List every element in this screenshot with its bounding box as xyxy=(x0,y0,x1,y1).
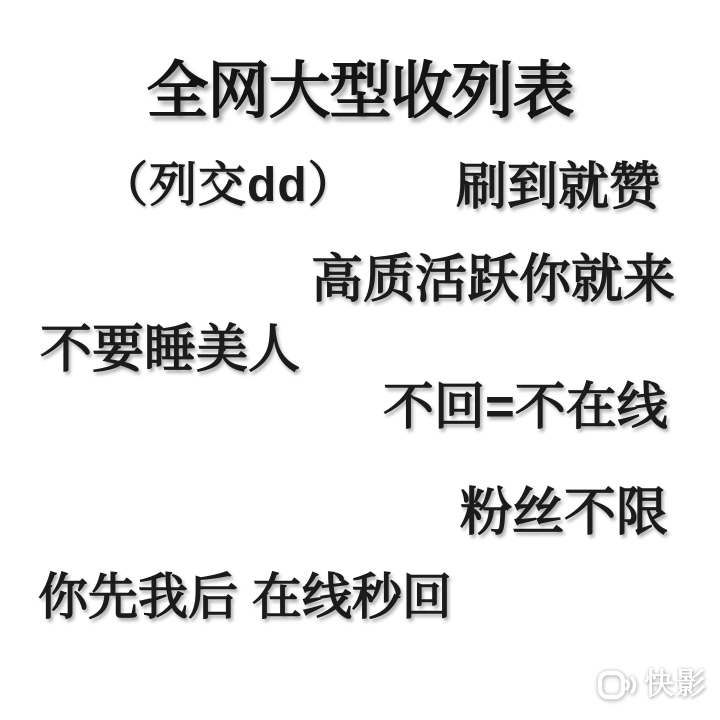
line-active: 高质活跃你就来 xyxy=(311,254,675,306)
video-camera-icon xyxy=(597,670,637,700)
line-contact: （列交dd） xyxy=(100,162,357,210)
line-reply: 你先我后 在线秒回 xyxy=(38,572,452,622)
watermark: 快影 xyxy=(597,670,708,700)
watermark-app-name: 快影 xyxy=(644,670,708,700)
poster: 全网大型收列表 （列交dd） 刷到就赞 高质活跃你就来 不要睡美人 不回=不在线… xyxy=(0,0,720,720)
line-like: 刷到就赞 xyxy=(456,161,660,212)
poster-title: 全网大型收列表 xyxy=(0,56,720,127)
line-fans: 粉丝不限 xyxy=(460,487,668,539)
line-sleep: 不要睡美人 xyxy=(40,324,300,376)
line-offline: 不回=不在线 xyxy=(383,381,668,432)
